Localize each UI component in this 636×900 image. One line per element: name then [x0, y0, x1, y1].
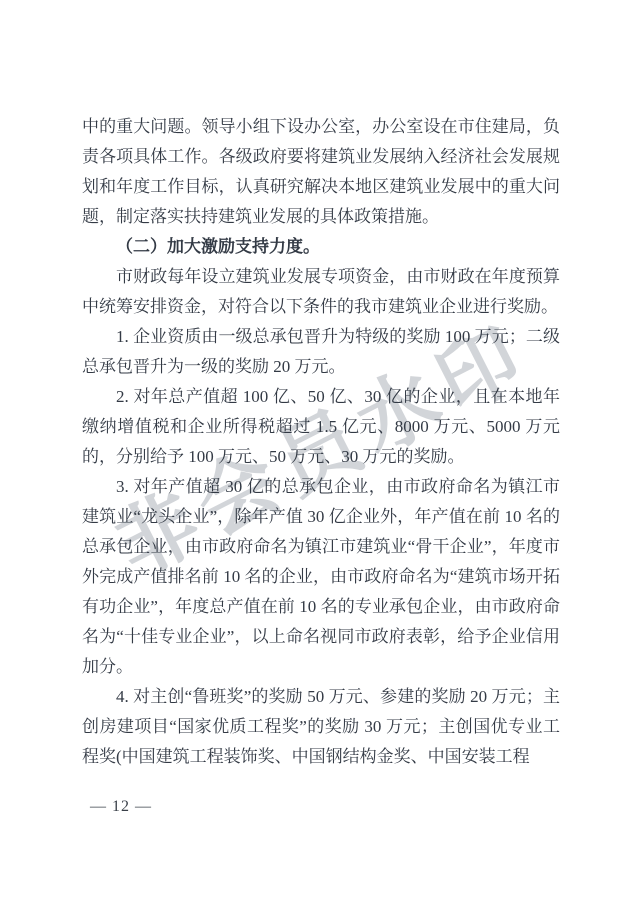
- item-2: 2. 对年总产值超 100 亿、50 亿、30 亿的企业，且在本地年缴纳增值税和…: [82, 382, 560, 472]
- item-1: 1. 企业资质由一级总承包晋升为特级的奖励 100 万元；二级总承包晋升为一级的…: [82, 322, 560, 382]
- item-3: 3. 对年产值超 30 亿的总承包企业，由市政府命名为镇江市建筑业“龙头企业”，…: [82, 472, 560, 682]
- para-intro: 市财政每年设立建筑业发展专项资金，由市财政在年度预算中统筹安排资金，对符合以下条…: [82, 262, 560, 322]
- page-number: — 12 —: [90, 798, 152, 815]
- item-4: 4. 对主创“鲁班奖”的奖励 50 万元、参建的奖励 20 万元；主创房建项目“…: [82, 682, 560, 772]
- page-footer: — 12 —: [90, 798, 152, 816]
- para-continuation: 中的重大问题。领导小组下设办公室，办公室设在市住建局，负责各项具体工作。各级政府…: [82, 112, 560, 232]
- section-heading: （二）加大激励支持力度。: [82, 232, 560, 262]
- document-body: 中的重大问题。领导小组下设办公室，办公室设在市住建局，负责各项具体工作。各级政府…: [82, 112, 560, 772]
- document-page: 非会员水印 中的重大问题。领导小组下设办公室，办公室设在市住建局，负责各项具体工…: [0, 0, 636, 900]
